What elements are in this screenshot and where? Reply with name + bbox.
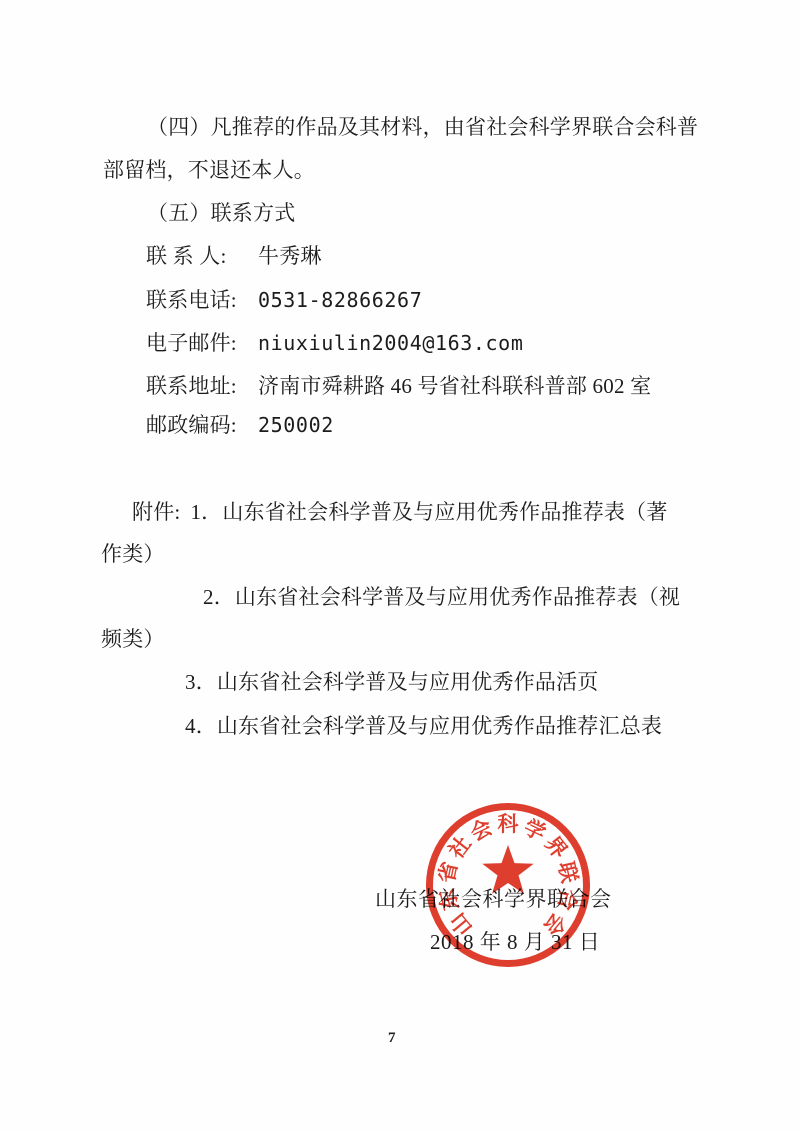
paragraph-four-line1: （四）凡推荐的作品及其材料，由省社会科学界联合会科普 bbox=[147, 112, 698, 142]
seal-arc-text: 山东省社会科学界联合会 bbox=[434, 812, 581, 940]
contact-postcode-row: 邮政编码:250002 bbox=[146, 410, 334, 440]
contact-phone-row: 联系电话:0531-82866267 bbox=[146, 285, 422, 315]
contact-postcode-value: 250002 bbox=[258, 413, 334, 437]
contact-postcode-label: 邮政编码: bbox=[146, 410, 258, 440]
page-number: 7 bbox=[388, 1030, 396, 1047]
svg-text:社: 社 bbox=[443, 832, 475, 864]
attachment-item2-line1: 2．山东省社会科学普及与应用优秀作品推荐表（视 bbox=[203, 582, 680, 612]
contact-person-label: 联 系 人: bbox=[146, 241, 258, 271]
contact-phone-value: 0531-82866267 bbox=[258, 288, 422, 312]
contact-phone-label: 联系电话: bbox=[146, 285, 258, 315]
svg-text:界: 界 bbox=[540, 832, 572, 863]
contact-email-row: 电子邮件:niuxiulin2004@163.com bbox=[146, 328, 523, 358]
svg-text:联: 联 bbox=[554, 860, 582, 886]
attachment-item4: 4．山东省社会科学普及与应用优秀作品推荐汇总表 bbox=[185, 711, 662, 741]
attachment-item1-line2: 作类） bbox=[101, 539, 165, 569]
contact-email-value: niuxiulin2004@163.com bbox=[258, 331, 523, 355]
document-page: （四）凡推荐的作品及其材料，由省社会科学界联合会科普 部留档，不退还本人。 （五… bbox=[0, 0, 800, 1131]
svg-text:科: 科 bbox=[498, 812, 520, 836]
svg-text:会: 会 bbox=[467, 815, 496, 846]
attachment-item3: 3．山东省社会科学普及与应用优秀作品活页 bbox=[185, 667, 599, 697]
contact-address-label: 联系地址: bbox=[146, 371, 258, 401]
signature-date: 2018 年 8 月 31 日 bbox=[430, 927, 600, 957]
attachment-item2-line2: 频类） bbox=[101, 624, 165, 654]
signature-organization: 山东省社会科学界联合会 bbox=[375, 884, 612, 914]
svg-text:学: 学 bbox=[520, 815, 549, 846]
contact-person-row: 联 系 人:牛秀琳 bbox=[146, 241, 322, 271]
svg-text:省: 省 bbox=[434, 860, 462, 886]
attachments-row-1: 附件:1．山东省社会科学普及与应用优秀作品推荐表（著 bbox=[132, 497, 668, 527]
attachment-item1-line1: 1．山东省社会科学普及与应用优秀作品推荐表（著 bbox=[190, 500, 667, 524]
contact-person-value: 牛秀琳 bbox=[258, 244, 322, 268]
paragraph-four-line2: 部留档，不退还本人。 bbox=[103, 155, 315, 185]
paragraph-five-heading: （五）联系方式 bbox=[147, 198, 295, 228]
attachments-label: 附件: bbox=[132, 497, 180, 527]
contact-address-value: 济南市舜耕路 46 号省社科联科普部 602 室 bbox=[258, 374, 651, 398]
contact-email-label: 电子邮件: bbox=[146, 328, 258, 358]
contact-address-row: 联系地址:济南市舜耕路 46 号省社科联科普部 602 室 bbox=[146, 371, 651, 401]
